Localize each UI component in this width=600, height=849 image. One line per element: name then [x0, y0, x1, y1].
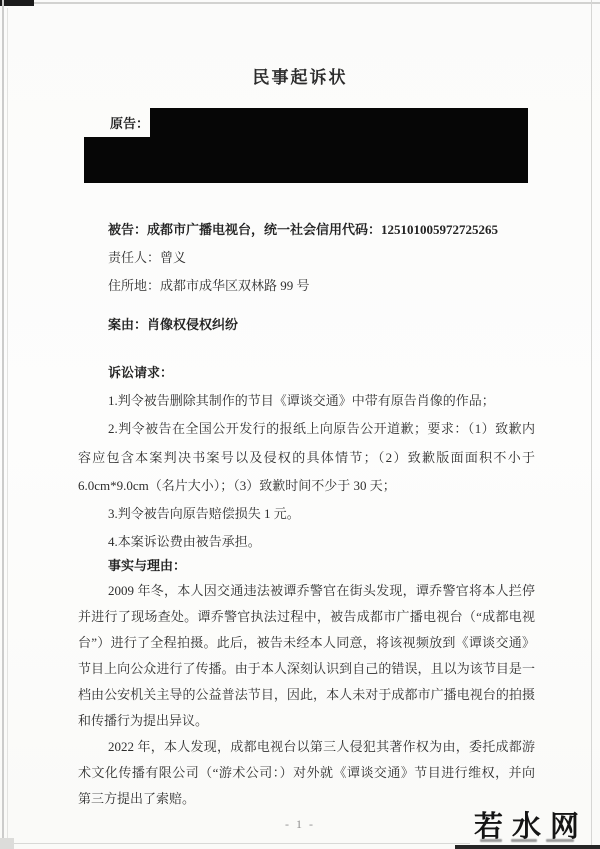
facts-heading: 事实与理由：: [108, 557, 186, 574]
watermark-caption-blur: [480, 839, 592, 844]
claim-line: 3.判令被告向原告赔偿损失 1 元。: [108, 505, 300, 522]
claim-line: 6.0cm*9.0cm（名片大小）；（3）致歉时间不少于 30 天；: [78, 477, 396, 494]
facts-line: 术文化传播有限公司（“游术公司：）对外就《谭谈交通》节目进行维权，并向: [78, 764, 535, 781]
facts-line: 台”）进行了全程拍摄。此后，被告未经本人同意，将该视频放到《谭谈交通》: [78, 634, 535, 651]
scan-edge-bottom: [0, 843, 470, 844]
document-title: 民事起诉状: [0, 63, 600, 88]
watermark-caption-bar: [480, 839, 502, 842]
claims-heading: 诉讼请求：: [108, 364, 173, 381]
claim-line: 容应包含本案判决书案号以及侵权的具体情节；（2）致歉版面面积不小于: [78, 449, 535, 466]
responsible-person-line: 责任人：曾义: [108, 249, 186, 266]
scan-edge-top: [0, 2, 600, 4]
scan-edge-bottom-dark: [455, 845, 600, 849]
scan-edge-top-dark: [0, 0, 34, 6]
cause-of-action-line: 案由：肖像权侵权纠纷: [108, 316, 238, 333]
facts-line: 2022 年，本人发现，成都电视台以第三人侵犯其著作权为由，委托成都游: [108, 738, 535, 755]
facts-line: 档由公安机关主导的公益普法节目，因此，本人未对于成都市广播电视台的拍摄: [78, 686, 535, 703]
scanned-document-page: 民事起诉状 原告： 被告：成都市广播电视台，统一社会信用代码：125101005…: [0, 0, 600, 849]
facts-line: 并进行了现场查处。谭乔警官执法过程中，被告成都市广播电视台（“成都电视: [78, 608, 535, 625]
scan-edge-left: [2, 0, 4, 849]
defendant-line: 被告：成都市广播电视台，统一社会信用代码：125101005972725265: [108, 221, 498, 238]
address-line: 住所地：成都市成华区双林路 99 号: [108, 277, 310, 294]
scan-edge-bottom-left: [0, 838, 14, 849]
claim-line: 4.本案诉讼费由被告承担。: [108, 533, 261, 550]
plaintiff-redaction-block-bottom: [84, 137, 528, 183]
scan-edge-right: [591, 0, 592, 849]
claim-line: 1.判令被告删除其制作的节目《谭谈交通》中带有原告肖像的作品；: [108, 392, 495, 409]
plaintiff-label: 原告：: [110, 115, 149, 132]
watermark-caption-bar: [511, 839, 537, 842]
page-number: - 1 -: [250, 817, 350, 832]
facts-line: 第三方提出了索赔。: [78, 790, 195, 807]
facts-line: 和传播行为提出异议。: [78, 712, 208, 729]
facts-line: 2009 年冬，本人因交通违法被谭乔警官在街头发现，谭乔警官将本人拦停: [108, 582, 535, 599]
plaintiff-redaction-block-top: [150, 108, 528, 137]
facts-line: 节目上向公众进行了传播。由于本人深刻认识到自己的错误，且以为该节目是一: [78, 660, 535, 677]
watermark-caption-bar: [546, 839, 574, 842]
claim-line: 2.判令被告在全国公开发行的报纸上向原告公开道歉；要求：（1）致歉内: [108, 420, 535, 437]
scan-edge-left-faint: [7, 8, 8, 841]
